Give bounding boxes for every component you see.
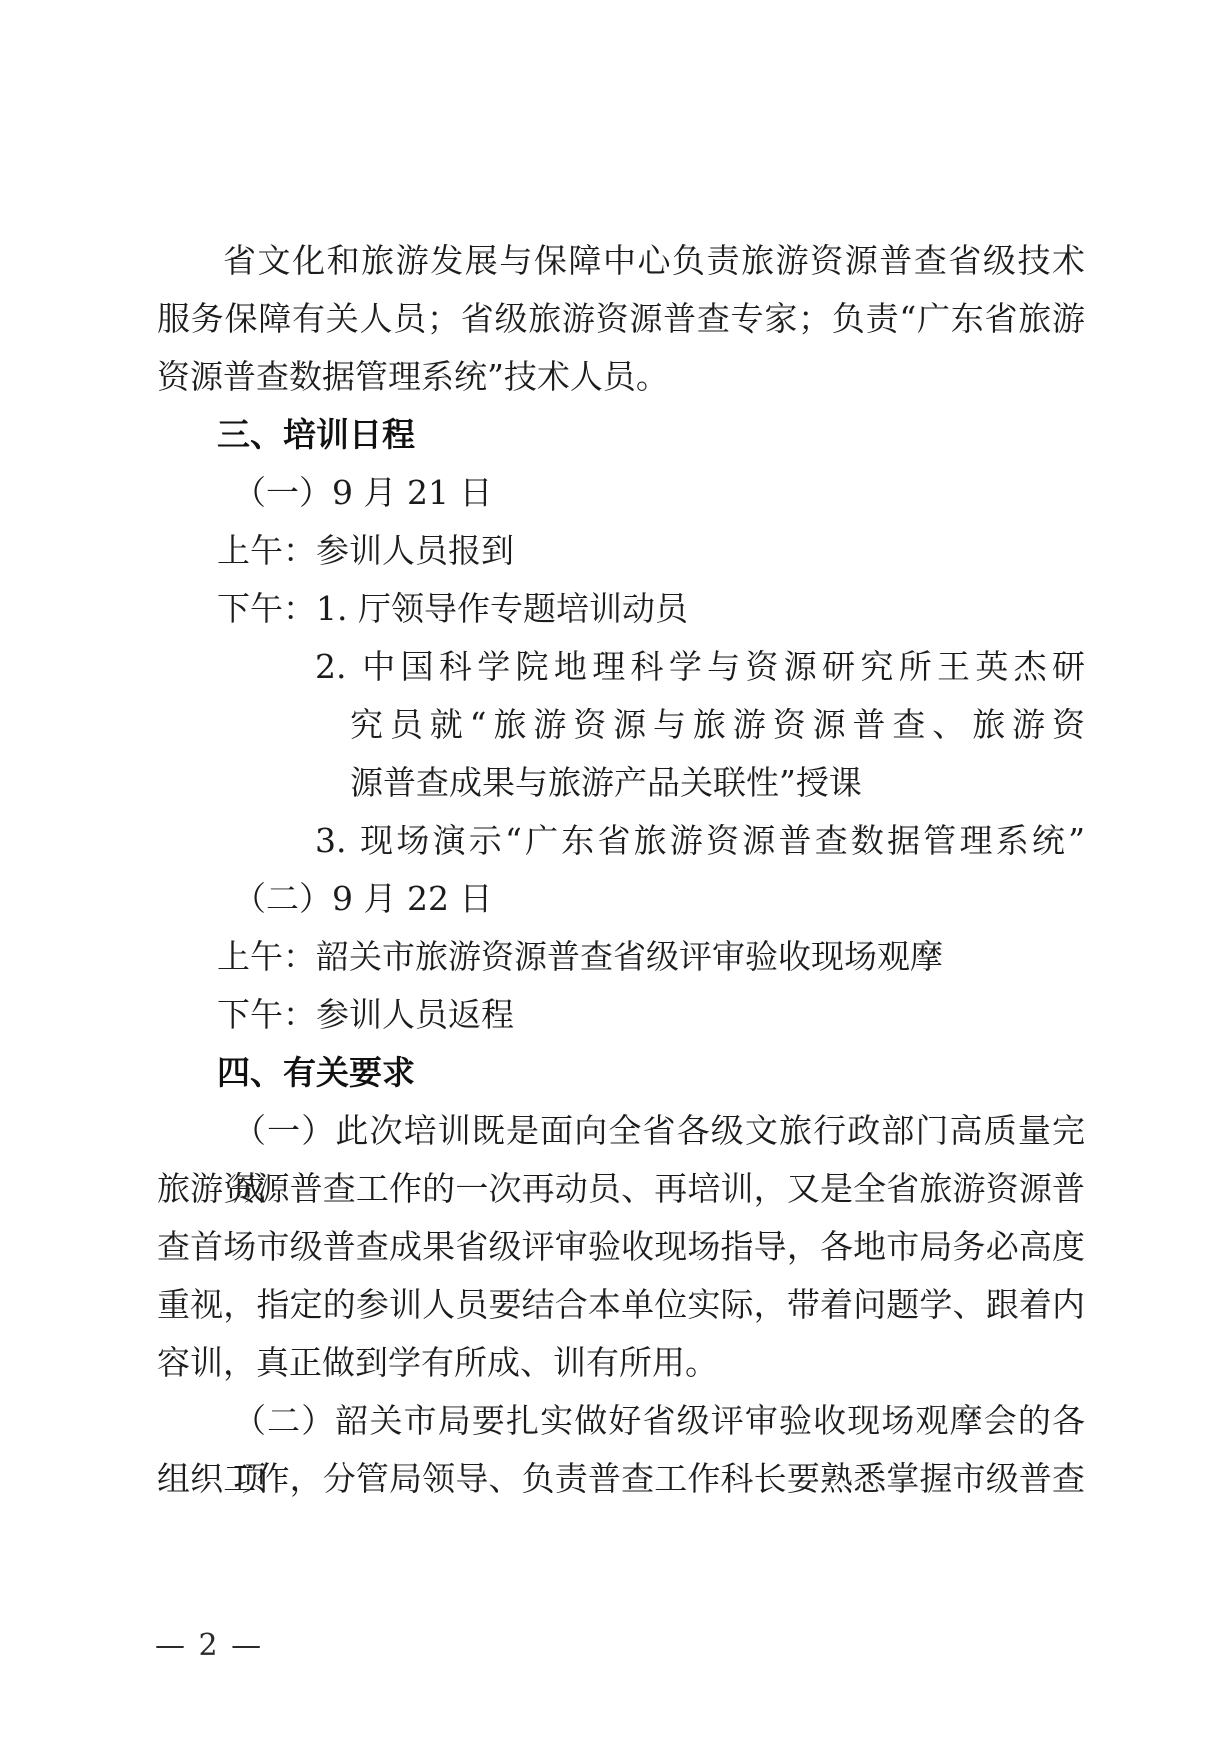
schedule-date-sep-22: （二）9 月 22 日: [157, 870, 1085, 928]
requirement-paragraph-1-line: 旅游资源普查工作的一次再动员、再培训，又是全省旅游资源普: [157, 1160, 1085, 1218]
intro-paragraph-line: 资源普查数据管理系统”技术人员。: [157, 348, 1085, 406]
schedule-afternoon-item-2: 2. 中国科学院地理科学与资源研究所王英杰研: [157, 638, 1085, 696]
intro-paragraph-line: 省文化和旅游发展与保障中心负责旅游资源普查省级技术: [157, 232, 1085, 290]
requirement-paragraph-1-line: （一）此次培训既是面向全省各级文旅行政部门高质量完成: [157, 1102, 1085, 1160]
intro-paragraph-line: 服务保障有关人员；省级旅游资源普查专家；负责“广东省旅游: [157, 290, 1085, 348]
requirement-paragraph-1-line: 容训，真正做到学有所成、训有所用。: [157, 1334, 1085, 1392]
schedule-item-2-continuation: 源普查成果与旅游产品关联性”授课: [157, 754, 1085, 812]
section-heading-requirements: 四、有关要求: [157, 1044, 1085, 1102]
document-page: 省文化和旅游发展与保障中心负责旅游资源普查省级技术 服务保障有关人员；省级旅游资…: [0, 0, 1232, 1755]
schedule-afternoon-item-3: 3. 现场演示“广东省旅游资源普查数据管理系统”: [157, 812, 1085, 870]
schedule-afternoon-line: 下午：参训人员返程: [157, 986, 1085, 1044]
page-number: — 2 —: [155, 1628, 263, 1664]
schedule-morning-line: 上午：韶关市旅游资源普查省级评审验收现场观摩: [157, 928, 1085, 986]
schedule-date-sep-21: （一）9 月 21 日: [157, 464, 1085, 522]
schedule-item-2-continuation: 究员就“旅游资源与旅游资源普查、旅游资: [157, 696, 1085, 754]
schedule-morning-line: 上午：参训人员报到: [157, 522, 1085, 580]
requirement-paragraph-2-line: 组织工作，分管局领导、负责普查工作科长要熟悉掌握市级普查: [157, 1450, 1085, 1508]
section-heading-training-schedule: 三、培训日程: [157, 406, 1085, 464]
document-body: 省文化和旅游发展与保障中心负责旅游资源普查省级技术 服务保障有关人员；省级旅游资…: [157, 232, 1085, 1508]
requirement-paragraph-1-line: 查首场市级普查成果省级评审验收现场指导，各地市局务必高度: [157, 1218, 1085, 1276]
schedule-afternoon-item-1: 下午：1. 厅领导作专题培训动员: [157, 580, 1085, 638]
requirement-paragraph-2-line: （二）韶关市局要扎实做好省级评审验收现场观摩会的各项: [157, 1392, 1085, 1450]
requirement-paragraph-1-line: 重视，指定的参训人员要结合本单位实际，带着问题学、跟着内: [157, 1276, 1085, 1334]
